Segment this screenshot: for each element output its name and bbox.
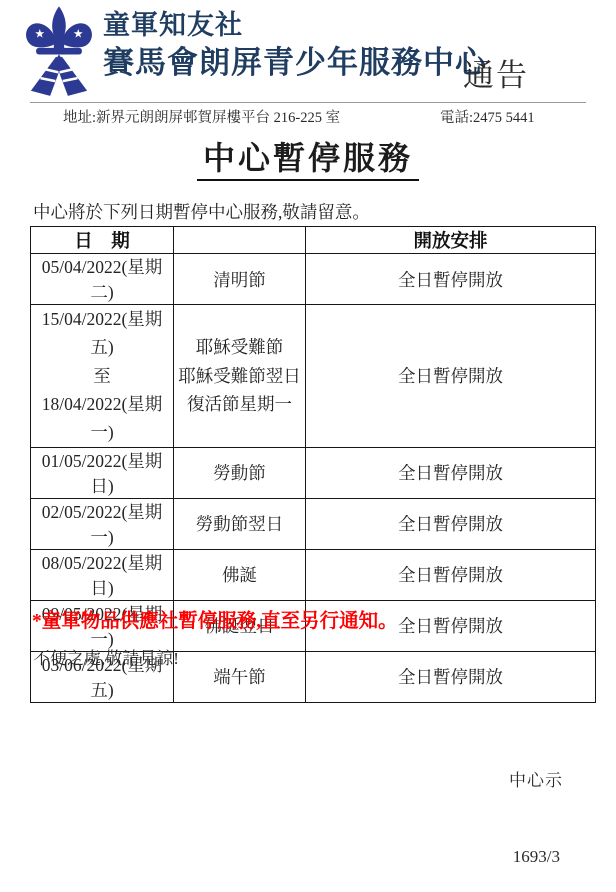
table-row: 15/04/2022(星期五) 至 18/04/2022(星期一) 耶穌受難節 … [31, 305, 596, 448]
scout-emblem-logo [22, 6, 96, 100]
arrangement-cell: 全日暫停開放 [306, 447, 596, 498]
notice-title-text: 中心暫停服務 [197, 140, 419, 181]
table-header-row: 日 期 開放安排 [31, 227, 596, 254]
holiday-cell: 勞動節翌日 [174, 498, 306, 549]
supply-store-note: *童軍物品供應社暫停服務,直至另行通知。 [32, 605, 398, 633]
holiday-cell: 佛誕 [174, 549, 306, 600]
date-cell: 05/04/2022(星期二) [31, 254, 174, 305]
date-cell: 01/05/2022(星期日) [31, 447, 174, 498]
table-header-holiday [174, 227, 306, 254]
arrangement-cell: 全日暫停開放 [306, 498, 596, 549]
org-name-block: 童軍知友社 賽馬會朗屏青少年服務中心 [103, 10, 487, 81]
phone-label: 電話:2475 5441 [440, 106, 535, 127]
date-cell: 02/05/2022(星期一) [31, 498, 174, 549]
table-row: 01/05/2022(星期日) 勞動節 全日暫停開放 [31, 447, 596, 498]
table-header-date: 日 期 [31, 227, 174, 254]
table-row: 02/05/2022(星期一) 勞動節翌日 全日暫停開放 [31, 498, 596, 549]
holiday-cell: 清明節 [174, 254, 306, 305]
arrangement-cell: 全日暫停開放 [306, 254, 596, 305]
table-row: 08/05/2022(星期日) 佛誕 全日暫停開放 [31, 549, 596, 600]
holiday-cell: 勞動節 [174, 447, 306, 498]
date-cell: 15/04/2022(星期五) 至 18/04/2022(星期一) [31, 305, 174, 448]
header-divider [30, 102, 586, 103]
arrangement-cell: 全日暫停開放 [306, 549, 596, 600]
reference-number: 1693/3 [513, 847, 560, 867]
notice-type-label: 通告 [463, 50, 529, 95]
org-name-line1: 童軍知友社 [103, 10, 487, 41]
arrangement-cell: 全日暫停開放 [306, 651, 596, 702]
address-label: 地址:新界元朗朗屏邨賀屏樓平台 216-225 室 [63, 106, 340, 127]
table-header-arrangement: 開放安排 [306, 227, 596, 254]
holiday-cell: 端午節 [174, 651, 306, 702]
signature-text: 中心示 [509, 766, 563, 791]
notice-page: 童軍知友社 賽馬會朗屏青少年服務中心 通告 地址:新界元朗朗屏邨賀屏樓平台 21… [0, 0, 616, 892]
table-row: 05/04/2022(星期二) 清明節 全日暫停開放 [31, 254, 596, 305]
date-cell: 08/05/2022(星期日) [31, 549, 174, 600]
notice-title: 中心暫停服務 [0, 133, 616, 179]
intro-text: 中心將於下列日期暫停中心服務,敬請留意。 [33, 199, 370, 224]
arrangement-cell: 全日暫停開放 [306, 305, 596, 448]
apology-text: 不便之處,敬請見諒! [33, 644, 179, 669]
holiday-cell: 耶穌受難節 耶穌受難節翌日 復活節星期一 [174, 305, 306, 448]
org-name-line2: 賽馬會朗屏青少年服務中心 [103, 45, 487, 81]
